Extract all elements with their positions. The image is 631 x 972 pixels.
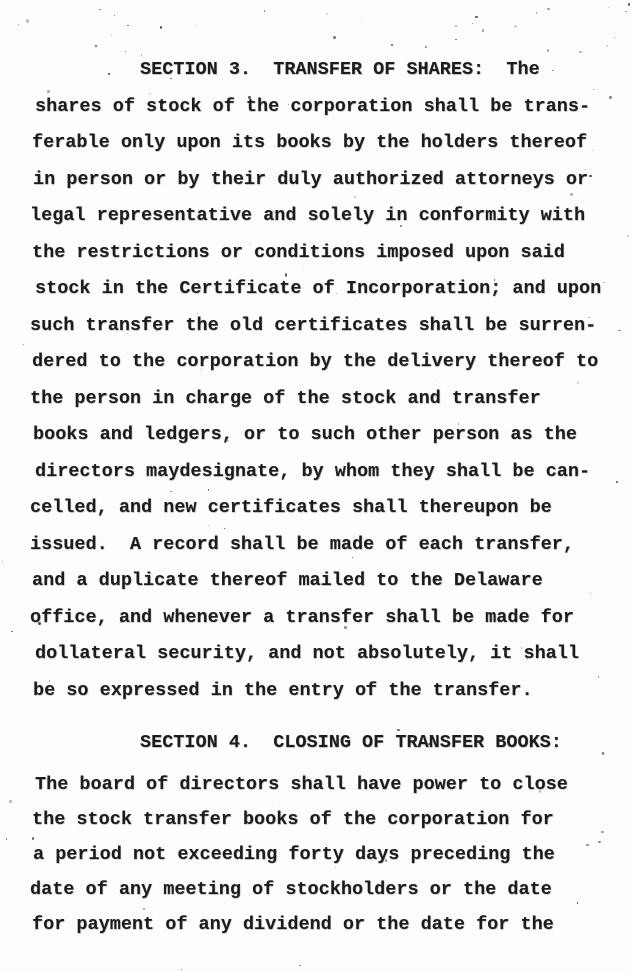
noise-speck (23, 344, 24, 345)
noise-speck (2, 561, 3, 562)
noise-speck (536, 12, 538, 14)
text-line: SECTION 3. TRANSFER OF SHARES: The (140, 52, 620, 89)
noise-speck (628, 3, 630, 6)
section-4-paragraph: SECTION 4. CLOSING OF TRANSFER BOOKS:The… (30, 725, 620, 942)
noise-speck (614, 37, 616, 38)
text-line: ferable only upon its books by the holde… (32, 125, 622, 162)
text-line: legal representative and solely in confo… (30, 198, 620, 235)
text-line: celled, and new certificates shall there… (30, 490, 620, 527)
page-content: SECTION 3. TRANSFER OF SHARES: Theshares… (30, 52, 620, 942)
text-line: the restrictions or conditions imposed u… (32, 235, 622, 272)
noise-speck (391, 44, 393, 46)
noise-speck (18, 24, 19, 25)
noise-speck (111, 35, 112, 36)
noise-speck (9, 800, 12, 803)
text-line: issued. A record shall be made of each t… (30, 527, 620, 564)
noise-speck (624, 52, 625, 53)
noise-speck (606, 45, 608, 47)
text-line: SECTION 4. CLOSING OF TRANSFER BOOKS: (140, 725, 620, 760)
text-line: directors maydesignate, by whom they sha… (35, 454, 625, 491)
text-line: be so expressed in the entry of the tran… (33, 673, 623, 710)
noise-speck (475, 16, 478, 19)
noise-speck (625, 11, 627, 12)
noise-speck (99, 9, 101, 11)
noise-speck (472, 23, 473, 24)
noise-speck (160, 26, 162, 29)
text-line: books and ledgers, or to such other pers… (33, 417, 623, 454)
noise-speck (195, 25, 197, 26)
noise-speck (455, 25, 457, 27)
text-line: a period not exceeding forty days preced… (33, 837, 623, 872)
noise-speck (264, 10, 266, 12)
noise-speck (11, 631, 12, 632)
text-line: date of any meeting of stockholders or t… (30, 872, 620, 907)
text-line: such transfer the old certificates shall… (30, 308, 620, 345)
text-line: for payment of any dividend or the date … (32, 907, 622, 942)
document-page: SECTION 3. TRANSFER OF SHARES: Theshares… (0, 0, 631, 972)
text-line: the person in charge of the stock and tr… (30, 381, 620, 418)
noise-speck (482, 29, 484, 31)
noise-speck (26, 19, 29, 23)
noise-speck (627, 235, 629, 237)
noise-speck (181, 969, 182, 970)
noise-speck (333, 36, 336, 39)
text-line: dered to the corporation by the delivery… (32, 344, 622, 381)
text-line: in person or by their duly authorized at… (33, 162, 623, 199)
noise-speck (114, 15, 115, 16)
noise-speck (95, 45, 98, 47)
noise-speck (455, 39, 456, 40)
noise-speck (547, 8, 550, 11)
text-line: and a duplicate thereof mailed to the De… (32, 563, 622, 600)
section-3-paragraph: SECTION 3. TRANSFER OF SHARES: Theshares… (30, 52, 620, 709)
noise-speck (425, 46, 428, 48)
noise-speck (299, 965, 301, 966)
text-line: office, and whenever a transfer shall be… (30, 600, 620, 637)
text-line: shares of stock of the corporation shall… (35, 89, 625, 126)
text-line: the stock transfer books of the corporat… (32, 802, 622, 837)
text-line: The board of directors shall have power … (35, 767, 625, 802)
text-line: stock in the Certificate of Incorporatio… (35, 271, 625, 308)
text-line: dollateral security, and not absolutely,… (35, 636, 625, 673)
noise-speck (361, 18, 362, 19)
noise-speck (6, 838, 8, 840)
noise-speck (127, 25, 129, 26)
noise-speck (326, 13, 328, 15)
noise-speck (608, 7, 609, 8)
noise-speck (514, 25, 517, 27)
